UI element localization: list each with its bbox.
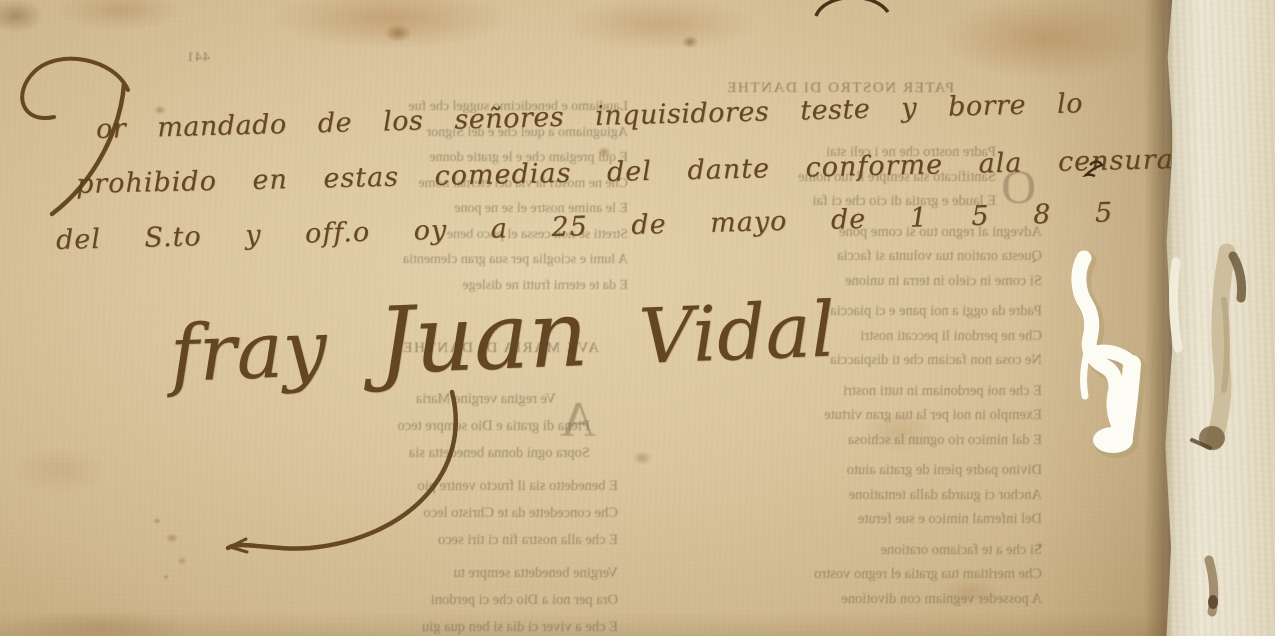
wormhole-shadow — [1082, 261, 1138, 458]
page-number-showthrough: 441 — [186, 50, 210, 66]
showthrough-line: Anchor ci guarda dalla tentatione — [642, 483, 1042, 508]
showthrough-line: Exemplo in noi per la tua gran virtute — [642, 403, 1042, 428]
next-page-fore-edge — [1162, 0, 1275, 636]
showthrough-line: E che a viver ci dia si ben qua giu — [398, 614, 618, 636]
showthrough-line: A lumi e scioglia per sua gran clementia — [403, 247, 628, 273]
showthrough-line: Divino padre pieni de gratia aiuto — [642, 458, 1042, 483]
showthrough-line: Questa oration tua volunta si faccia — [642, 244, 1042, 269]
signature-word: Juan — [376, 280, 590, 395]
top-edge-ink-curve — [816, 0, 888, 16]
signature-word: fray — [168, 304, 328, 400]
showthrough-line: E che alla nostra fin ci tiri seco — [398, 527, 618, 554]
showthrough-line: E dal nimico rio ognun la schiosa — [642, 428, 1042, 453]
showthrough-lines-ave-maria: Ve regina vergine Maria Piena di gratia … — [398, 386, 628, 636]
showthrough-line: Del infernal nimico e sue ferute — [642, 507, 1042, 532]
page-gutter-seam — [1144, 0, 1172, 636]
showthrough-line: Vergine benedetta sempre tu — [398, 560, 618, 587]
showthrough-line: Che concedette da te Christo leco — [398, 500, 618, 527]
showthrough-line: Ora per noi a Dio che ci perdoni — [398, 587, 618, 614]
showthrough-line: E benedetto sia il fructo ventre pio — [398, 473, 618, 500]
showthrough-line: Piena di gratia e Dio sempre teco — [398, 413, 590, 440]
showthrough-line: Sopra ogni donna benedetta sia — [398, 440, 590, 467]
showthrough-line: Che meritiam tua gratia el regno vostro — [642, 562, 1042, 587]
wormhole-main-page — [1079, 258, 1133, 453]
manuscript-page-scan: 441 Laudiamo e benedicimo suggel che fue… — [0, 0, 1275, 636]
showthrough-line: A posseder vegniam con divotione — [642, 587, 1042, 612]
signature-word: Vidal — [637, 284, 836, 380]
showthrough-line: Si che a te faciamo oratione — [642, 538, 1042, 563]
